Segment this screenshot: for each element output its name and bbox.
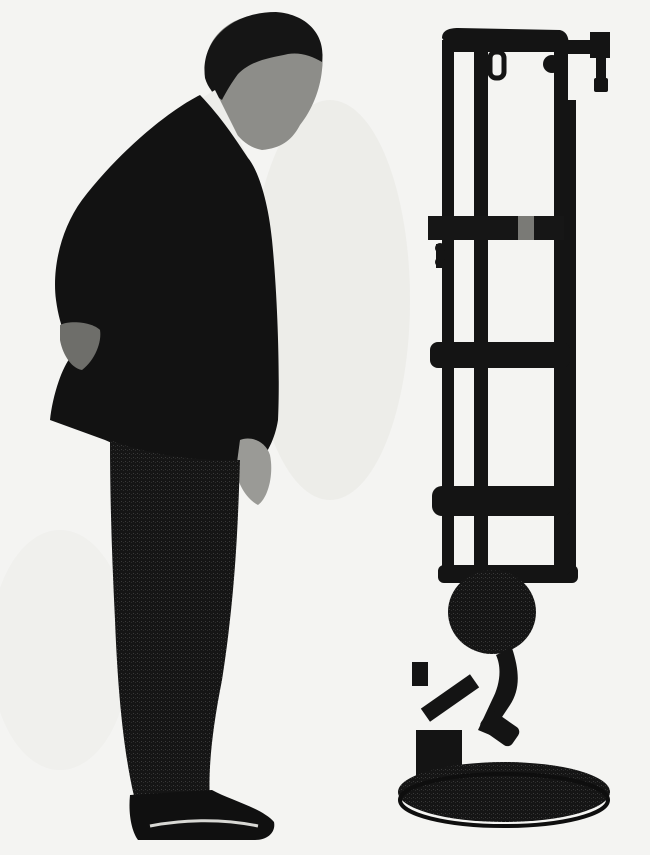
photograph [0, 0, 650, 855]
side-clamp [435, 243, 445, 268]
base-plate [398, 762, 610, 822]
photo-canvas [0, 0, 650, 855]
mirror-cell [448, 570, 536, 654]
telescope-top-ring [442, 28, 569, 52]
